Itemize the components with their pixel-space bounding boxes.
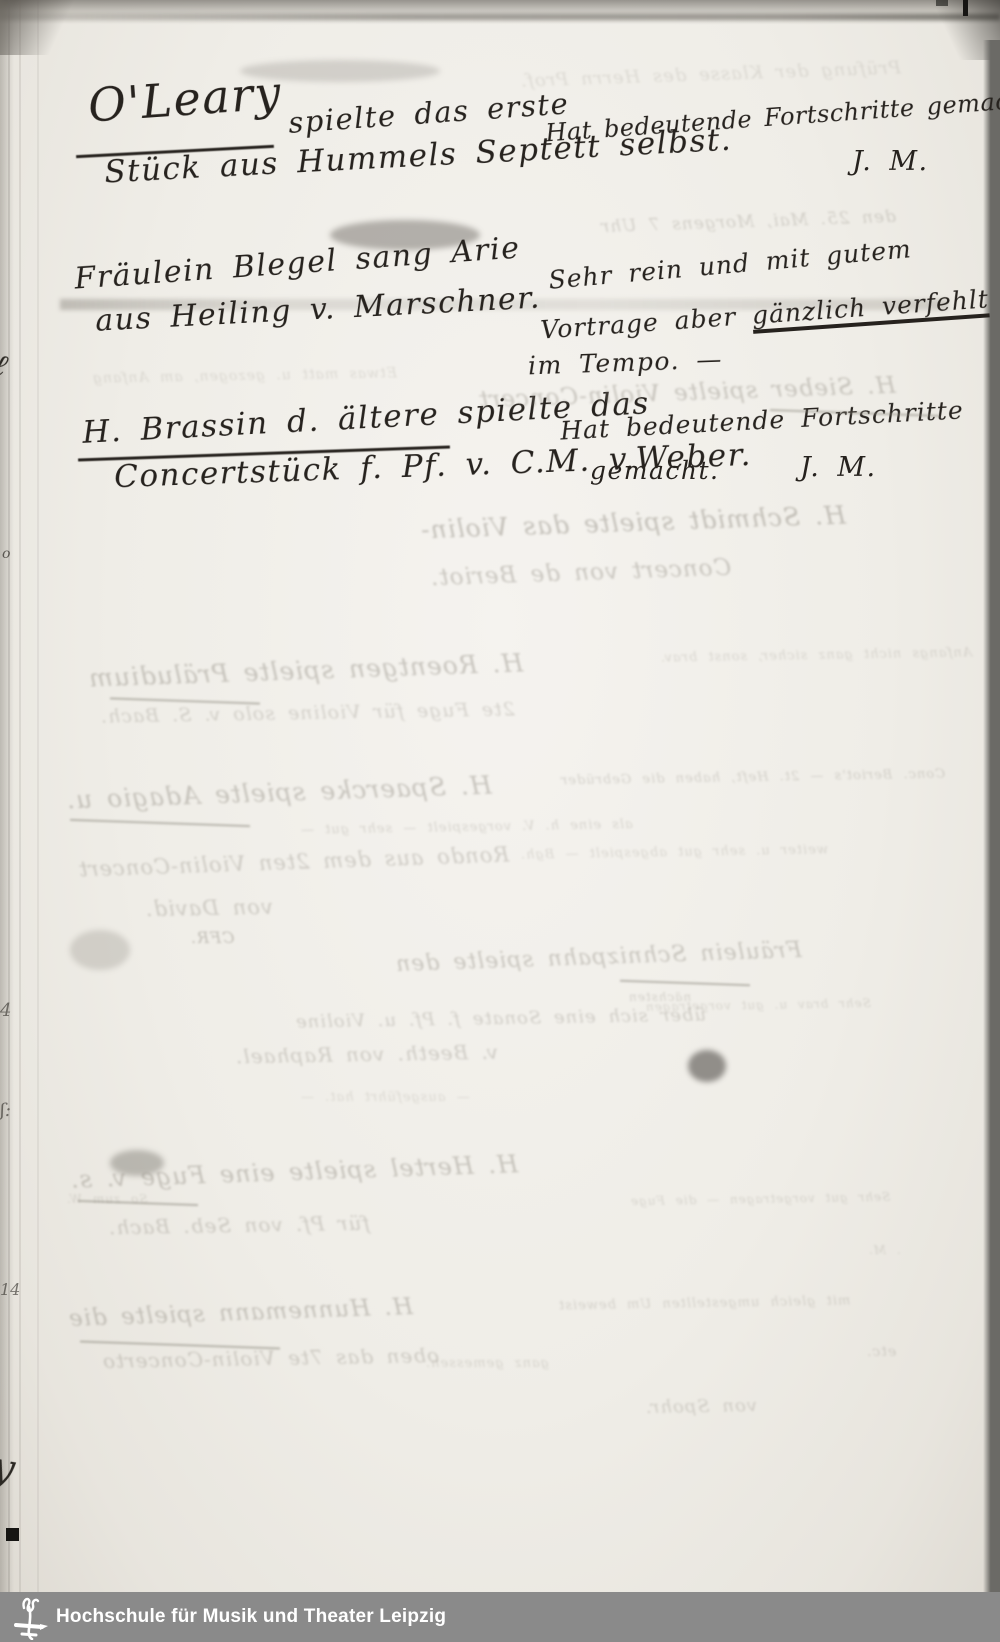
bleedthrough-line: Conc. Beriot's — 2t. Heft, haben die Geb… — [560, 767, 945, 789]
page-top-edge — [0, 0, 1000, 24]
entry-2-comment2-underlined: gänzlich verfehlt — [751, 284, 990, 333]
entry-1-student-name: O'Leary — [86, 65, 283, 132]
scan-right-edge — [983, 40, 1000, 1592]
bleedthrough-line: H. Hunnemann spielte die — [68, 1294, 414, 1332]
bleedthrough-line: Concert von de Beriot. — [430, 555, 732, 591]
ink-smudge — [70, 930, 130, 970]
scan-mark — [936, 0, 948, 6]
bleedthrough-line: — ausgeführt hat. — — [300, 1090, 470, 1105]
footer-bar: Hochschule für Musik und Theater Leipzig — [0, 1592, 1000, 1642]
page-edge-crease — [37, 0, 39, 1592]
edge-ink-fragment: ʃ: — [0, 1100, 11, 1121]
bleedthrough-line: mit gleich umgestellten Um beweist — [558, 1293, 851, 1313]
bleedthrough-line: Sehr brav u. gut vorgetragen — [645, 996, 871, 1014]
page-edge-crease — [19, 0, 21, 1592]
bleedthrough-line: von David. — [145, 895, 273, 921]
scan-left-edge — [0, 0, 14, 1592]
edge-ink-fragment: 4 — [0, 1000, 11, 1021]
bleedthrough-line: Rondo aus dem 2ten Violin-Concert — [78, 842, 510, 881]
entry-2-comment3: im Tempo. — — [528, 345, 724, 381]
bleedthrough-line: als eine h. V. vorgespielt — sehr gut — — [300, 817, 633, 838]
entry-1-signature: J. M. — [852, 146, 929, 177]
bleedthrough-line: Sehr gut vorgetragen — die Fuge — [630, 1190, 891, 1209]
edge-ink-fragment: 14 — [0, 1280, 20, 1299]
bleedthrough-line: CFR. — [190, 928, 234, 947]
page-edge-crease — [8, 0, 10, 1592]
bleedthrough-line: oben das 7te Violin-Concerto — [102, 1343, 439, 1373]
bleedthrough-line: Anfangs nicht ganz sicher, sonst brav. — [660, 645, 972, 665]
edge-ink-fragment: y — [0, 1443, 18, 1492]
scan-mark — [6, 1528, 19, 1541]
bleedthrough-line: Prüfung der Klasse des Herrn Prof. — [520, 57, 902, 91]
bleedthrough-line: den 25. Mai, Morgens 7 Uhr — [600, 207, 896, 237]
bleedthrough-line: etc. — [866, 1344, 896, 1360]
scanned-manuscript-page: O'Leary spielte das erste Stück aus Humm… — [0, 0, 1000, 1642]
entry-3-comment2: gemacht. — [590, 456, 720, 485]
bleedthrough-line: von Spohr. — [645, 1395, 757, 1418]
bleedthrough-line: Fräulein Schnizpahn spielte den — [395, 938, 802, 977]
entry-2-comment1: Sehr rein und mit gutem — [547, 234, 912, 295]
entry-1-comment: Hat bedeutende Fortschritte gemacht. — [545, 85, 1000, 148]
bleedthrough-line: . M. — [868, 1243, 901, 1257]
bleedthrough-line: für Pf. von Seb. Bach. — [108, 1211, 370, 1240]
bleedthrough-line: H. Roentgen spielte Präludium — [88, 648, 524, 692]
bleedthrough-line: ganz gemessen. — [425, 1356, 549, 1371]
page-top-edge-shadow — [0, 14, 1000, 20]
scan-mark — [963, 0, 968, 16]
bleedthrough-line: v. Beeth. von Raphael. — [235, 1040, 498, 1069]
entry-3-signature: J. M. — [800, 452, 877, 483]
entry-3-student-name: H. Brassin d. ältere — [81, 396, 440, 451]
bleedthrough-line: H. Spaercke spielte Adagio u. — [66, 771, 493, 815]
ink-blot — [688, 1050, 726, 1082]
corner-shadow-top-left — [0, 0, 95, 55]
entry-2-student-name: Fräulein Blegel — [73, 243, 338, 296]
bleedthrough-line: H. Schmidt spielte das Violin- — [420, 501, 847, 545]
bleedthrough-line: So zum W. — [66, 1192, 148, 1206]
bleedthrough-underline — [620, 980, 750, 987]
footer-institution-label: Hochschule für Musik und Theater Leipzig — [56, 1606, 446, 1628]
hmt-leipzig-logo-icon — [10, 1595, 48, 1640]
bleedthrough-line: weiter u. sehr gut abgespielt — Bgh. — [520, 842, 828, 862]
bleedthrough-line: 2te Fuge für Violine solo v. S. Bach. — [100, 698, 515, 727]
edge-ink-fragment: o — [2, 546, 10, 562]
bleedthrough-underline — [70, 819, 250, 827]
bleedthrough-line: Etwas matt u. gezogen, am Anfang — [92, 365, 397, 386]
